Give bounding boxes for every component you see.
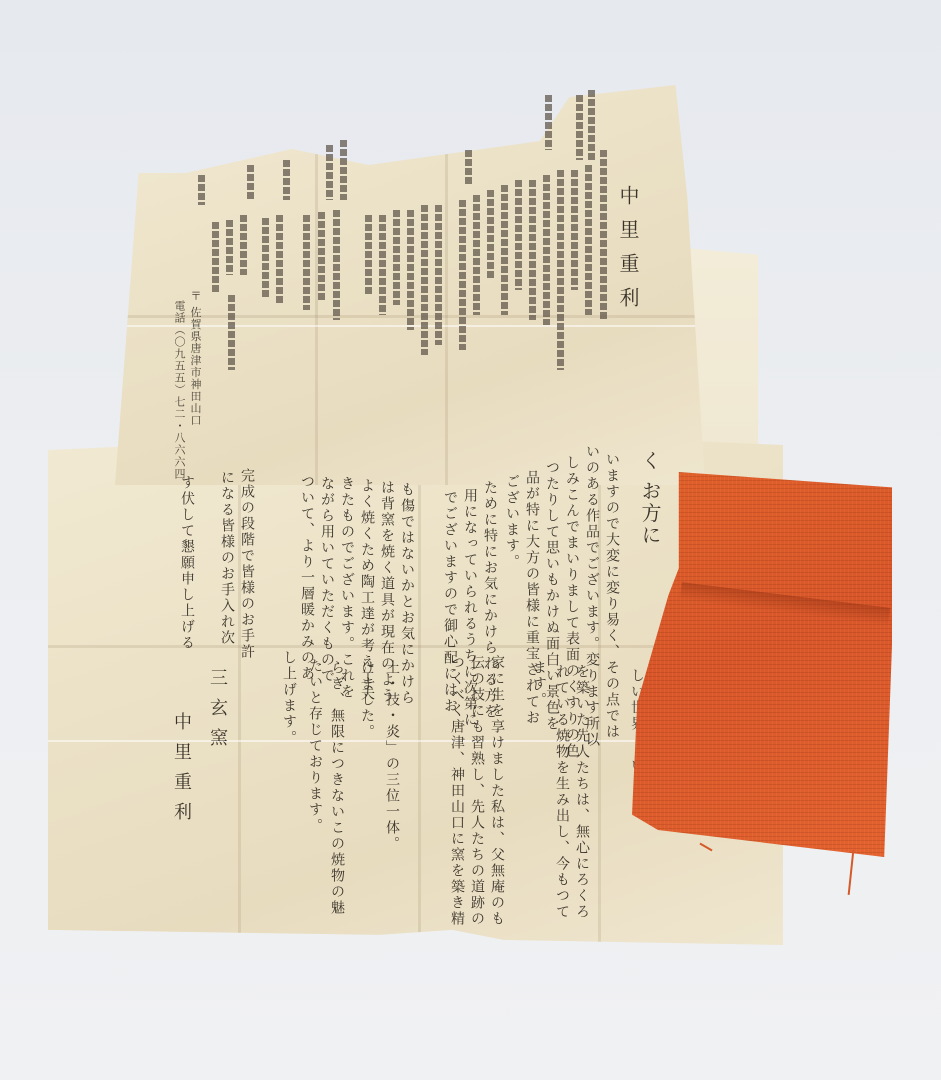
text-line-blurred (465, 150, 472, 185)
text-line-blurred (226, 220, 233, 275)
text-line-blurred (529, 180, 536, 320)
text-line-blurred (247, 165, 254, 200)
heading-fragment: く お方に (640, 450, 660, 546)
text-column: 家に生を享けました私は、父無庵のも (490, 655, 504, 927)
text-line-blurred (543, 175, 550, 325)
text-line-blurred (212, 222, 219, 292)
text-line-blurred (588, 90, 595, 160)
text-line-blurred (435, 205, 442, 345)
text-column: たいと存じております。 (308, 658, 322, 834)
photo-scene: 中里重利 〒 佐賀 (0, 0, 941, 1080)
text-line-blurred (545, 95, 552, 150)
text-column: になる皆様のお手入れ次 (220, 470, 234, 646)
text-line-blurred (318, 212, 325, 302)
text-line-blurred (379, 215, 386, 315)
text-column: つくべく唐津、神田山口に窯を築き精 (450, 655, 464, 927)
fold-line (445, 85, 448, 485)
text-line-blurred (276, 215, 283, 305)
text-line-blurred (340, 140, 347, 200)
text-column: らぎ、無限につきないこの焼物の魅 (330, 660, 344, 916)
text-line-blurred (557, 170, 564, 370)
text-column: ついて、より一層暖かみのあ (300, 474, 314, 682)
text-line-blurred (585, 165, 592, 315)
text-line-blurred (326, 145, 333, 200)
text-column: を築いた先人たちは、無心にろくろ (575, 664, 589, 920)
text-column: も傷ではないかとお気にかけら (400, 482, 414, 706)
text-line-blurred (407, 210, 414, 330)
text-line-blurred (393, 210, 400, 305)
text-column: いますので大変に変り易く、その点では (605, 452, 619, 740)
fold-line (418, 440, 421, 945)
text-line-blurred (240, 215, 247, 275)
text-column: す伏して懇願申し上げる (180, 475, 194, 651)
text-line-blurred (303, 215, 310, 310)
text-column: し上げます。 (282, 650, 296, 746)
text-line-blurred (600, 150, 607, 320)
text-line-blurred (262, 218, 269, 298)
text-line-blurred (571, 170, 578, 290)
text-line-blurred (421, 205, 428, 355)
text-line-blurred (473, 195, 480, 315)
text-column: れている焼物を生み出し、今もつて (555, 664, 569, 920)
text-line-blurred (487, 190, 494, 280)
address-line-1: 〒 佐賀県唐津市神田山口 (190, 290, 201, 427)
text-line-blurred (365, 215, 372, 295)
loose-thread (848, 850, 855, 895)
text-line-blurred (283, 160, 290, 200)
author-name-upper: 中里重利 (618, 185, 638, 321)
text-line-blurred (515, 180, 522, 290)
text-column: ます。 (532, 660, 546, 708)
text-column: 土・技・炎」の三位一体。 (385, 660, 399, 852)
address-line-2: 電話（〇九五五）七二・八六六四 (174, 300, 185, 480)
text-column: 完成の段階で皆様のお手許 (240, 468, 254, 660)
text-line-blurred (501, 185, 508, 315)
text-line-blurred (333, 210, 340, 320)
author-signature: 中里重利 (172, 712, 190, 832)
text-column: ございます。 (505, 474, 519, 570)
text-line-blurred (198, 175, 205, 205)
kiln-name: 三玄窯 (208, 668, 226, 758)
text-line-blurred (228, 295, 235, 370)
text-column: 伝の技にも習熟し、先人たちの道跡の (470, 655, 484, 927)
text-line-blurred (576, 95, 583, 160)
text-column: けました。 (360, 660, 374, 740)
text-column: ながら用いていただくもので (320, 476, 334, 684)
text-line-blurred (459, 200, 466, 350)
